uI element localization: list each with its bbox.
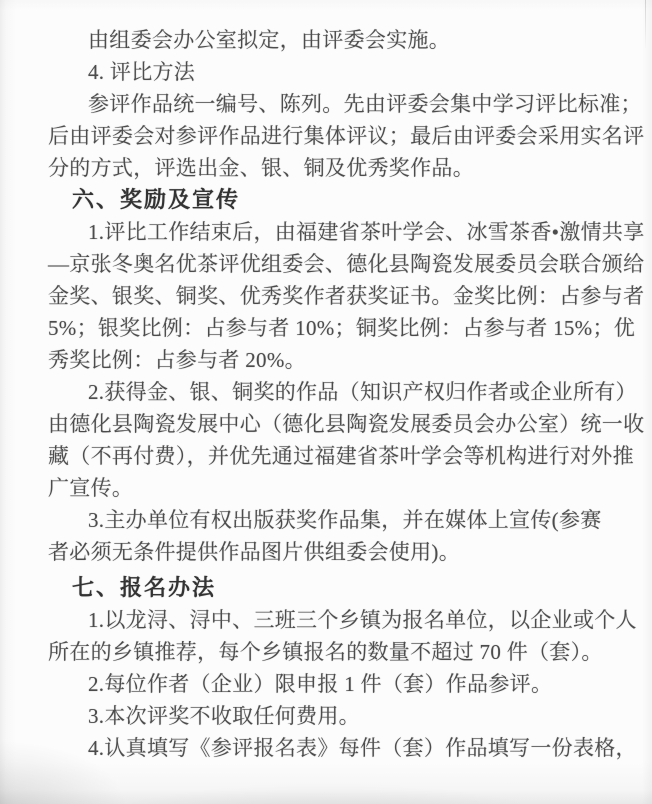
paragraph: 1.评比工作结束后，由福建省茶叶学会、冰雪茶香•激情共享—京张冬奥名优茶评优组委… xyxy=(48,216,626,376)
paragraph: 参评作品统一编号、陈列。先由评委会集中学习评比标准；后由评委会对参评作品进行集体… xyxy=(48,88,626,184)
text-line: 3.主办单位有权出版获奖作品集，并在媒体上宣传(参赛 xyxy=(48,504,626,536)
text-line: 2.每位作者（企业）限申报 1 件（套）作品参评。 xyxy=(48,668,626,700)
text-line: 藏（不再付费），并优先通过福建省茶叶学会等机构进行对外推 xyxy=(48,440,626,472)
text-line: 金奖、银奖、铜奖、优秀奖作者获奖证书。金奖比例：占参与者 xyxy=(48,280,626,312)
paragraph: 4. 评比方法 xyxy=(48,56,626,88)
paragraph: 1.以龙浔、浔中、三班三个乡镇为报名单位，以企业或个人所在的乡镇推荐，每个乡镇报… xyxy=(48,604,626,668)
section-heading: 六、奖励及宣传 xyxy=(48,184,626,216)
paragraph: 由组委会办公室拟定，由评委会实施。 xyxy=(48,24,626,56)
paragraph: 2.每位作者（企业）限申报 1 件（套）作品参评。 xyxy=(48,668,626,700)
section-heading: 七、报名办法 xyxy=(48,572,626,604)
text-line: 1.评比工作结束后，由福建省茶叶学会、冰雪茶香•激情共享 xyxy=(48,216,626,248)
text-line: 4.认真填写《参评报名表》每件（套）作品填写一份表格， xyxy=(48,732,626,764)
text-line: 1.以龙浔、浔中、三班三个乡镇为报名单位，以企业或个人 xyxy=(48,604,626,636)
text-line: 所在的乡镇推荐，每个乡镇报名的数量不超过 70 件（套）。 xyxy=(48,636,626,668)
text-line: 4. 评比方法 xyxy=(48,56,626,88)
heading-text: 七、报名办法 xyxy=(48,572,626,604)
text-line: 者必须无条件提供作品图片供组委会使用)。 xyxy=(48,536,626,568)
text-line: 由德化县陶瓷发展中心（德化县陶瓷发展委员会办公室）统一收 xyxy=(48,408,626,440)
text-line: 广宣传。 xyxy=(48,472,626,504)
scan-artifact-line xyxy=(645,0,646,50)
heading-text: 六、奖励及宣传 xyxy=(48,184,626,216)
text-line: 后由评委会对参评作品进行集体评议；最后由评委会采用实名评 xyxy=(48,120,626,152)
text-line: 参评作品统一编号、陈列。先由评委会集中学习评比标准； xyxy=(48,88,626,120)
text-line: 分的方式，评选出金、银、铜及优秀奖作品。 xyxy=(48,152,626,184)
text-line: 5%；银奖比例：占参与者 10%；铜奖比例：占参与者 15%；优 xyxy=(48,312,626,344)
paragraph: 4.认真填写《参评报名表》每件（套）作品填写一份表格， xyxy=(48,732,626,764)
text-line: 2.获得金、银、铜奖的作品（知识产权归作者或企业所有） xyxy=(48,376,626,408)
text-line: —京张冬奥名优茶评优组委会、德化县陶瓷发展委员会联合颁给 xyxy=(48,248,626,280)
paragraph: 2.获得金、银、铜奖的作品（知识产权归作者或企业所有）由德化县陶瓷发展中心（德化… xyxy=(48,376,626,504)
text-line: 3.本次评奖不收取任何费用。 xyxy=(48,700,626,732)
scanned-document-page: 由组委会办公室拟定，由评委会实施。4. 评比方法参评作品统一编号、陈列。先由评委… xyxy=(0,0,652,804)
paragraph: 3.主办单位有权出版获奖作品集，并在媒体上宣传(参赛者必须无条件提供作品图片供组… xyxy=(48,504,626,568)
paragraph: 3.本次评奖不收取任何费用。 xyxy=(48,700,626,732)
text-line: 由组委会办公室拟定，由评委会实施。 xyxy=(48,24,626,56)
text-line: 秀奖比例：占参与者 20%。 xyxy=(48,344,626,376)
document-content: 由组委会办公室拟定，由评委会实施。4. 评比方法参评作品统一编号、陈列。先由评委… xyxy=(48,24,626,764)
